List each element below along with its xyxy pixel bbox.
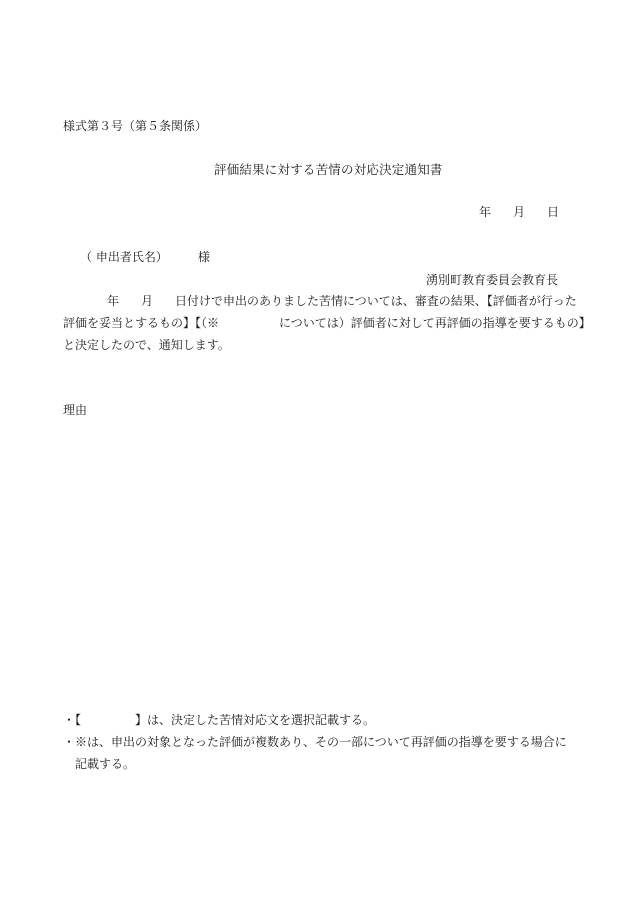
body-line-1: 年月日付けで申出のありました苦情については、審査の結果、【評価者が行った: [63, 290, 563, 312]
body-line-1-text: 日付けで申出のありました苦情については、審査の結果、【評価者が行った: [175, 294, 577, 308]
date-line: 年月日: [479, 206, 559, 218]
body-line-3: と決定したので、通知します。: [63, 334, 563, 356]
recipient-honorific: 様: [198, 250, 210, 264]
body-text: 年月日付けで申出のありました苦情については、審査の結果、【評価者が行った 評価を…: [63, 290, 563, 356]
date-month-label: 月: [513, 206, 525, 218]
body-year-label: 年: [107, 294, 119, 308]
note-2: ・※は、申出の対象となった評価が複数あり、その一部について再評価の指導を要する場…: [63, 731, 567, 753]
date-year-label: 年: [479, 206, 491, 218]
document-title: 評価結果に対する苦情の対応決定通知書: [214, 164, 443, 177]
note-2-continuation: 記載する。: [63, 753, 567, 775]
recipient-line: （ 申出者氏名）様: [80, 251, 210, 263]
note-1-suffix: 】は、決定した苦情対応文を選択記載する。: [135, 713, 375, 727]
recipient-name-placeholder: （ 申出者氏名）: [80, 250, 168, 264]
reason-label: 理由: [63, 404, 87, 416]
form-number: 様式第３号（第５条関係）: [63, 120, 207, 132]
note-1: ・【】は、決定した苦情対応文を選択記載する。: [63, 709, 567, 731]
date-day-label: 日: [547, 206, 559, 218]
body-month-label: 月: [141, 294, 153, 308]
body-line-2b: については）評価者に対して再評価の指導を要するもの】: [279, 316, 591, 330]
body-line-2a: 評価を妥当とするもの】【（※: [63, 316, 219, 330]
body-line-2: 評価を妥当とするもの】【（※については）評価者に対して再評価の指導を要するもの】: [63, 312, 563, 334]
note-1-prefix: ・【: [63, 713, 81, 727]
sender: 湧別町教育委員会教育長: [426, 274, 558, 286]
notes: ・【】は、決定した苦情対応文を選択記載する。 ・※は、申出の対象となった評価が複…: [63, 709, 567, 775]
